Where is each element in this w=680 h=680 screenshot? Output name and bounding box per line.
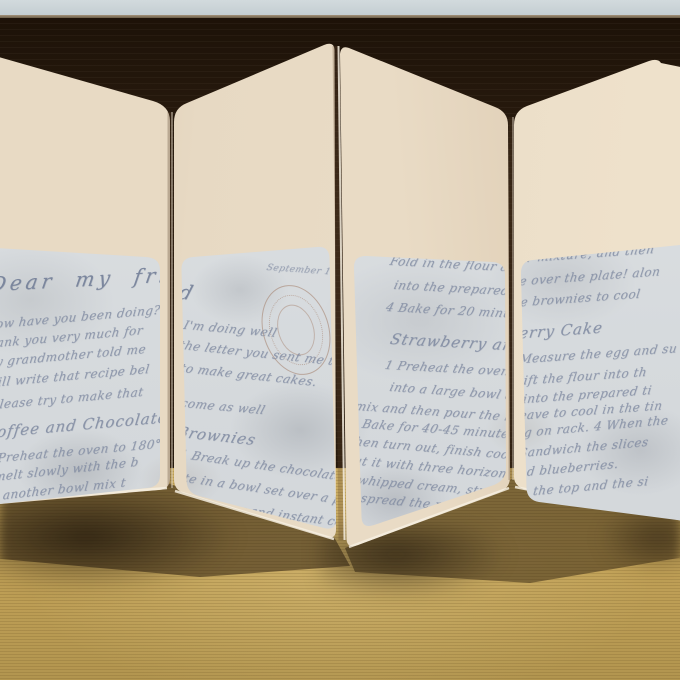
- handwriting-line: the brownies to cool: [506, 287, 642, 311]
- handwriting-line: come as well: [179, 396, 267, 417]
- handwriting-line: ble over the plate! alon: [506, 264, 661, 289]
- handwriting-line: the top and the si: [532, 474, 649, 498]
- handwriting-line: Sandwich the slices: [518, 435, 649, 461]
- handwriting-line: 2 Measure the egg and su: [506, 341, 678, 367]
- handwriting-line: Please try to make that: [0, 385, 144, 413]
- handwriting-line: and blueberries.: [510, 457, 619, 481]
- recipe-heading-brownies-right: Brownies: [174, 423, 258, 449]
- photo-scene: Dear my friend How have you been doing? …: [0, 0, 680, 680]
